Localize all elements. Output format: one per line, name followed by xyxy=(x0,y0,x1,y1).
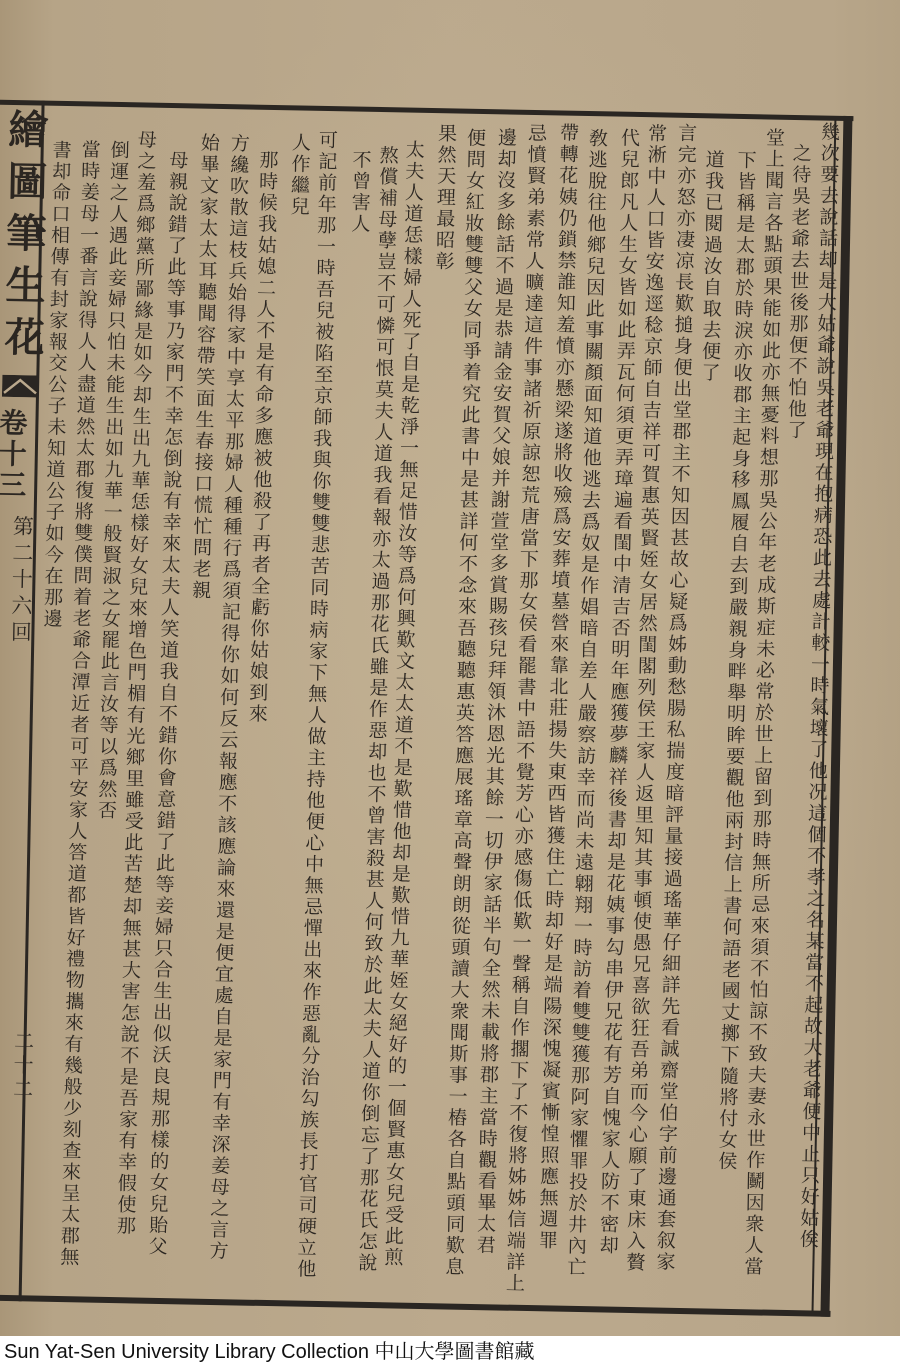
text-column: 那時候我姑媳二人不是有命多應被他殺了再者全虧你姑娘到來 xyxy=(246,150,279,725)
text-column: 始畢文家太太耳聽聞容帶笑面生春接口慌忙問老親 xyxy=(189,133,220,602)
volume-label: 卷十三 xyxy=(0,408,26,502)
chapter-label: 第二十六回 xyxy=(9,515,33,647)
collection-footer: Sun Yat-Sen University Library Collectio… xyxy=(0,1336,900,1367)
text-column: 果然天理最昭彰 xyxy=(432,123,457,273)
text-column: 之待吳老爺去世後那便不怕他了 xyxy=(784,143,812,442)
text-column: 可記前年那一時吾兒被陷至京師我與你雙雙悲苦同時病家下無人做主持他便心中無忌憚出來… xyxy=(294,130,338,1280)
fishtail-ornament-icon xyxy=(2,375,38,398)
text-column: 不曾害人 xyxy=(348,149,372,235)
text-column: 人作繼兒 xyxy=(287,132,311,218)
text-column: 道我已閱過汝自取去便了 xyxy=(698,149,724,384)
printed-block: 繪圖筆生花 卷十三 第二十六回 二十二 幾次要去說話却是大姑爺說吳老爺現在抱病恐… xyxy=(0,96,864,1324)
book-title: 繪圖筆生花 xyxy=(0,108,45,369)
collection-caption: Sun Yat-Sen University Library Collectio… xyxy=(4,1340,535,1364)
page-number: 二十二 xyxy=(11,1030,32,1102)
